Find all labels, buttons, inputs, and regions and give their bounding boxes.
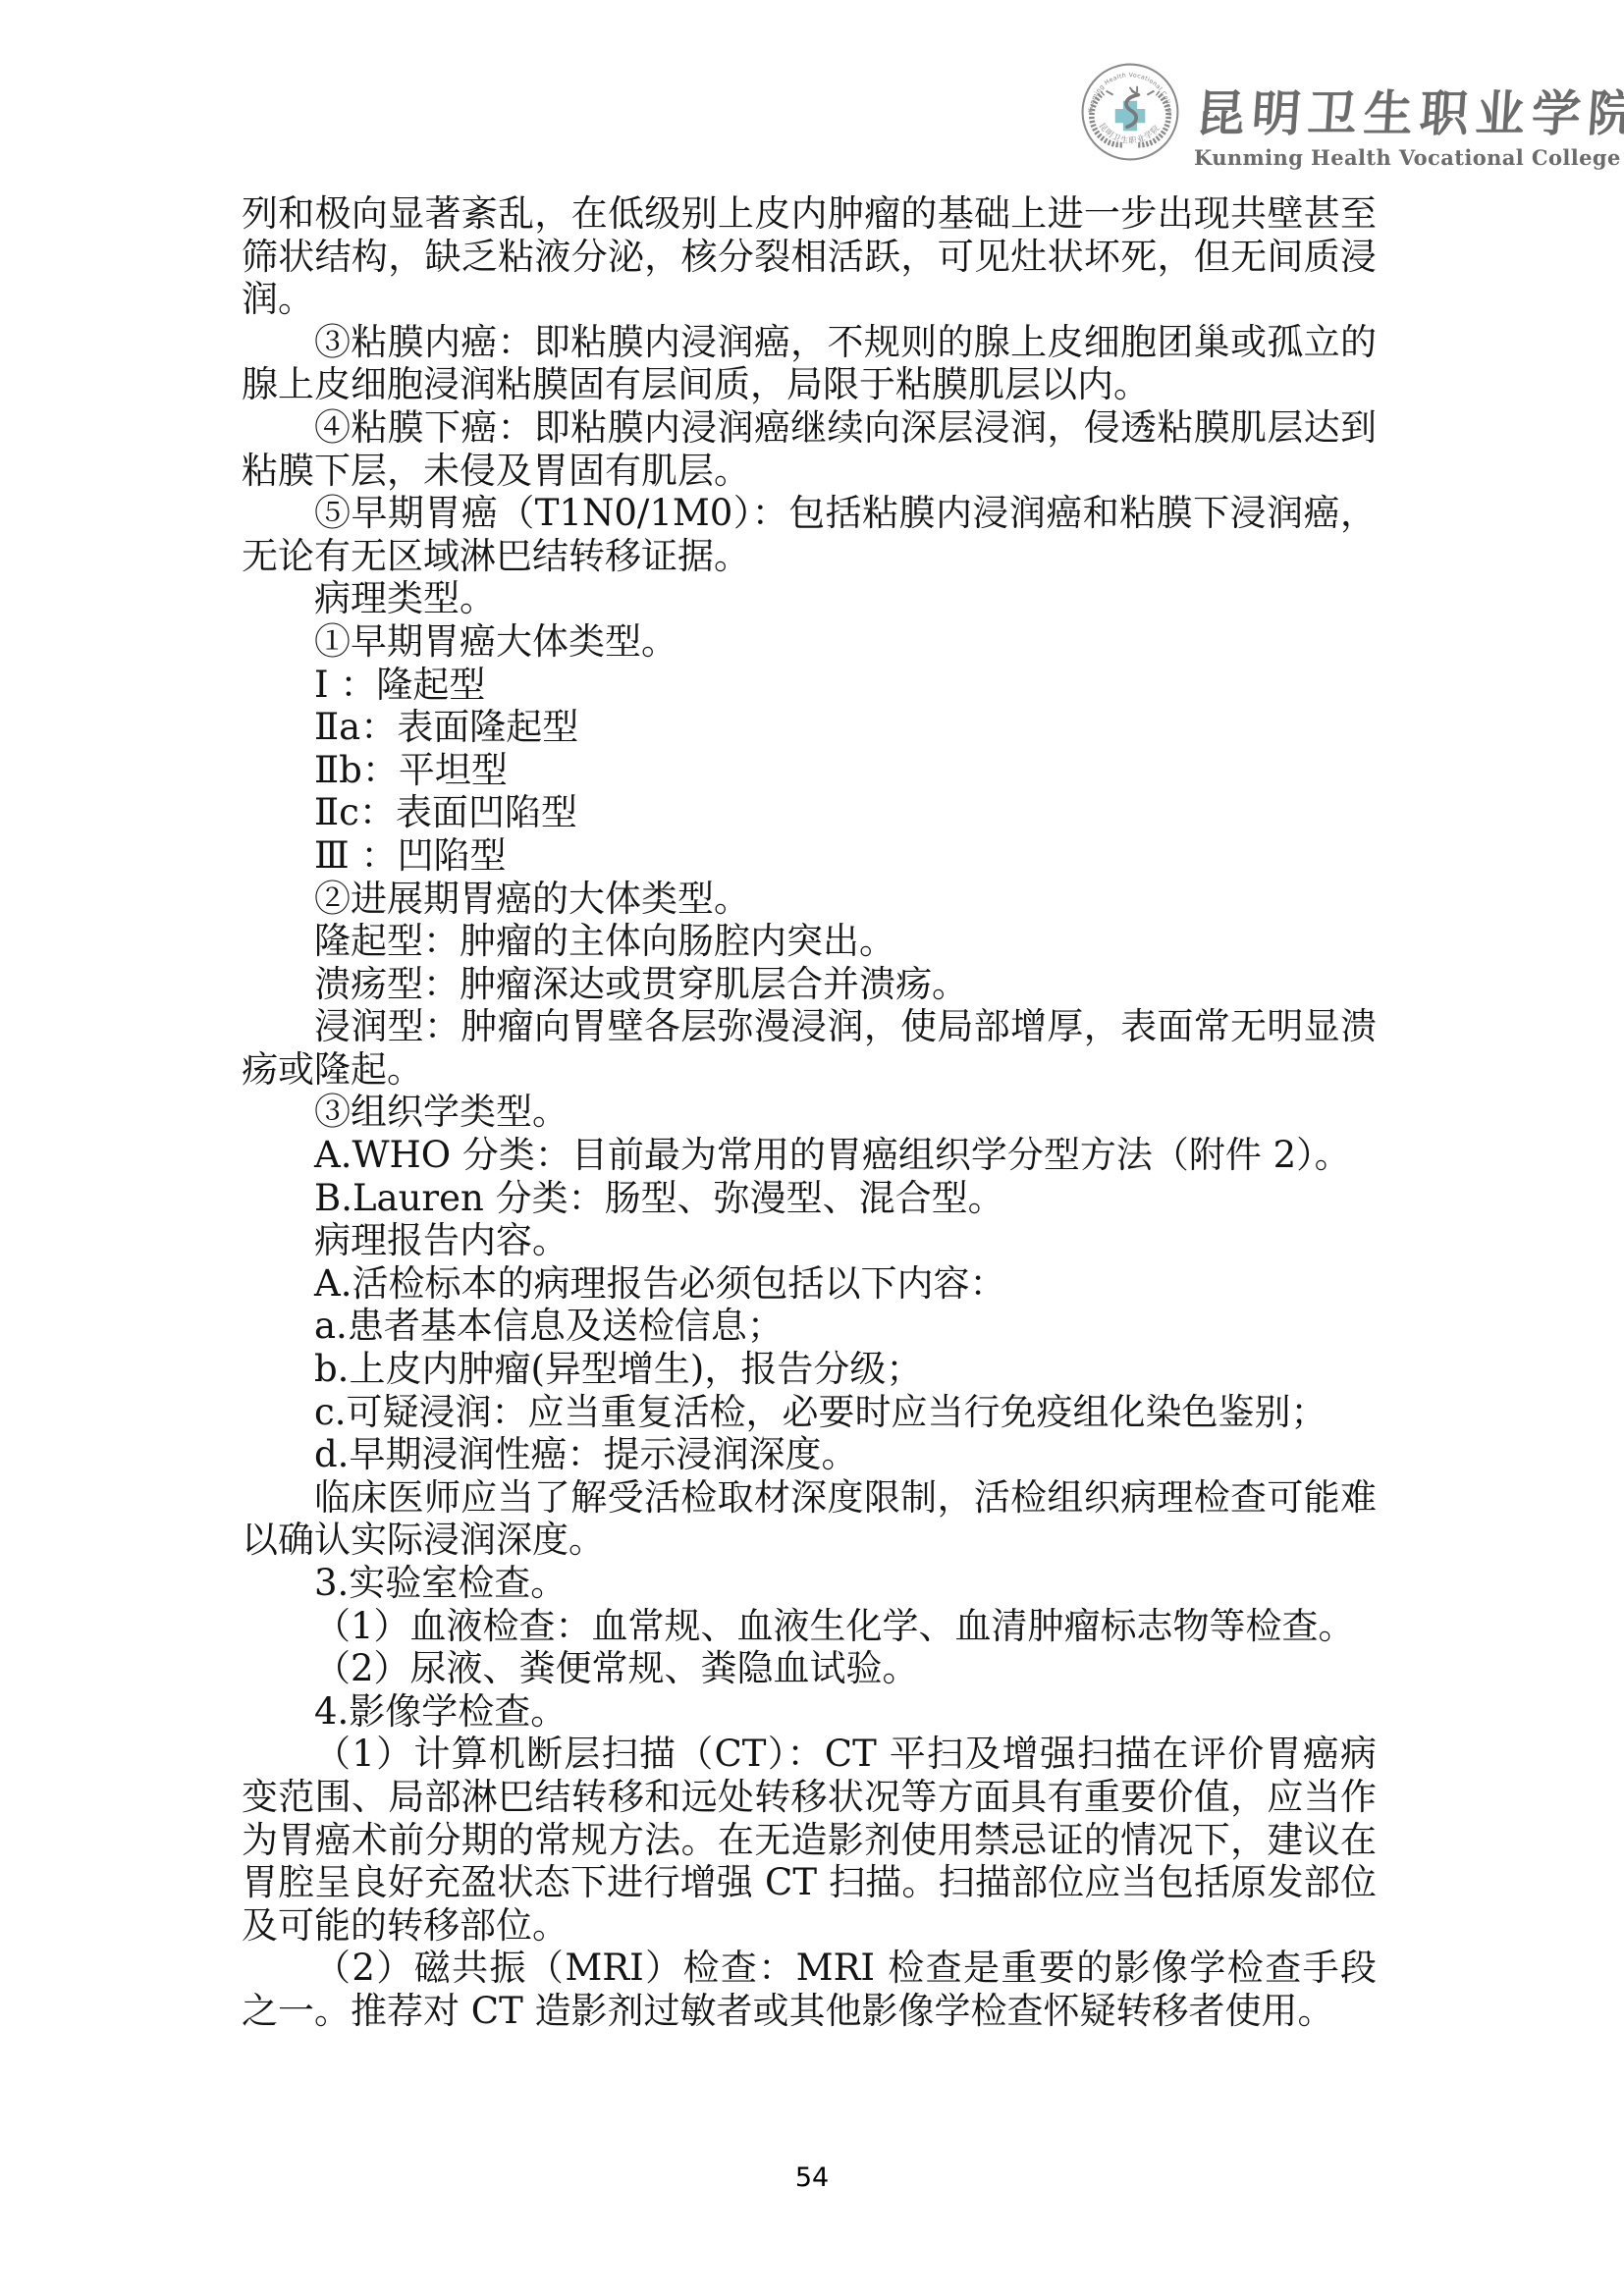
paragraph: Ⅱa：表面隆起型 [242,706,1377,749]
paragraph: Ⅱc：表面凹陷型 [242,791,1377,834]
paragraph: 病理报告内容。 [242,1219,1377,1262]
paragraph: （2）尿液、粪便常规、粪隐血试验。 [242,1647,1377,1690]
college-seal-icon: Kunming Health Vocational College 昆明卫生职业… [1080,61,1180,163]
page-number: 54 [0,2163,1624,2193]
paragraph: 病理类型。 [242,577,1377,620]
paragraph: 列和极向显著紊乱，在低级别上皮内肿瘤的基础上进一步出现共壁甚至筛状结构，缺乏粘液… [242,192,1377,321]
paragraph: A.WHO 分类：目前最为常用的胃癌组织学分型方法（附件 2）。 [242,1134,1377,1177]
document-body: 列和极向显著紊乱，在低级别上皮内肿瘤的基础上进一步出现共壁甚至筛状结构，缺乏粘液… [242,192,1377,2033]
paragraph: d.早期浸润性癌：提示浸润深度。 [242,1433,1377,1476]
paragraph: ③组织学类型。 [242,1091,1377,1134]
paragraph: 溃疡型：肿瘤深达或贯穿肌层合并溃疡。 [242,963,1377,1006]
paragraph: b.上皮内肿瘤(异型增生)，报告分级； [242,1348,1377,1391]
paragraph: ⑤早期胃癌（T1N0/1M0）：包括粘膜内浸润癌和粘膜下浸润癌，无论有无区域淋巴… [242,492,1377,577]
paragraph: 隆起型：肿瘤的主体向肠腔内突出。 [242,920,1377,963]
paragraph: （2）磁共振（MRI）检查：MRI 检查是重要的影像学检查手段之一。推荐对 CT… [242,1947,1377,2032]
paragraph: c.可疑浸润：应当重复活检，必要时应当行免疫组化染色鉴别； [242,1391,1377,1434]
paragraph: Ⅰ ：隆起型 [242,664,1377,707]
document-page: Kunming Health Vocational College 昆明卫生职业… [0,0,1624,2296]
college-name-en: Kunming Health Vocational College [1194,146,1587,170]
paragraph: ④粘膜下癌：即粘膜内浸润癌继续向深层浸润，侵透粘膜肌层达到粘膜下层，未侵及胃固有… [242,406,1377,492]
paragraph: Ⅱb：平坦型 [242,749,1377,792]
paragraph: 4.影像学检查。 [242,1690,1377,1734]
paragraph: A.活检标本的病理报告必须包括以下内容： [242,1262,1377,1306]
paragraph: ③粘膜内癌：即粘膜内浸润癌，不规则的腺上皮细胞团巢或孤立的腺上皮细胞浸润粘膜固有… [242,321,1377,406]
paragraph: 浸润型：肿瘤向胃壁各层弥漫浸润，使局部增厚，表面常无明显溃疡或隆起。 [242,1005,1377,1091]
paragraph: ①早期胃癌大体类型。 [242,620,1377,664]
paragraph: B.Lauren 分类：肠型、弥漫型、混合型。 [242,1177,1377,1220]
paragraph: 临床医师应当了解受活检取材深度限制，活检组织病理检查可能难以确认实际浸润深度。 [242,1476,1377,1562]
paragraph: a.患者基本信息及送检信息； [242,1305,1377,1348]
paragraph: ②进展期胃癌的大体类型。 [242,878,1377,921]
paragraph: （1）血液检查：血常规、血液生化学、血清肿瘤标志物等检查。 [242,1605,1377,1648]
college-names: 昆明卫生职业学院 Kunming Health Vocational Colle… [1194,86,1587,170]
college-name-zh: 昆明卫生职业学院 [1194,86,1591,141]
paragraph: Ⅲ ：凹陷型 [242,834,1377,878]
paragraph: （1）计算机断层扫描（CT）：CT 平扫及增强扫描在评价胃癌病变范围、局部淋巴结… [242,1733,1377,1947]
paragraph: 3.实验室检查。 [242,1562,1377,1605]
page-header: Kunming Health Vocational College 昆明卫生职业… [0,0,1624,187]
